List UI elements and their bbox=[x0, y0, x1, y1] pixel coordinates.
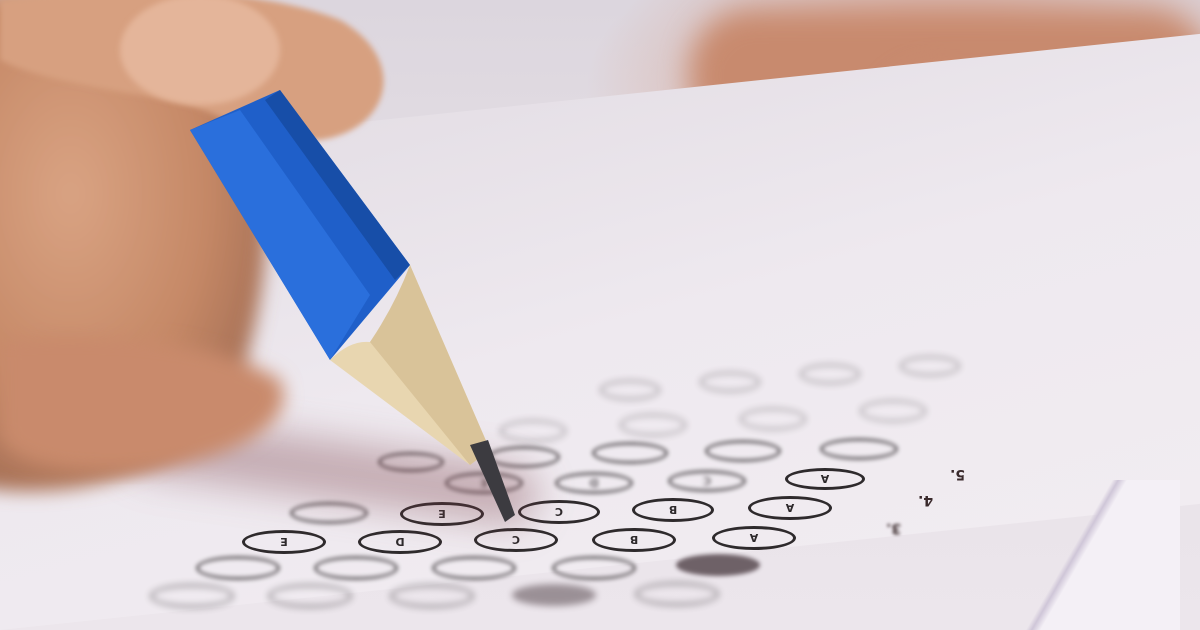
photo-scene: Close-up photo of a hand holding a blue … bbox=[0, 0, 1200, 630]
paper-edge bbox=[970, 480, 1180, 630]
blue-pencil bbox=[170, 90, 530, 530]
pencil-graphite-tip bbox=[470, 440, 515, 522]
pencil-body bbox=[190, 90, 410, 360]
